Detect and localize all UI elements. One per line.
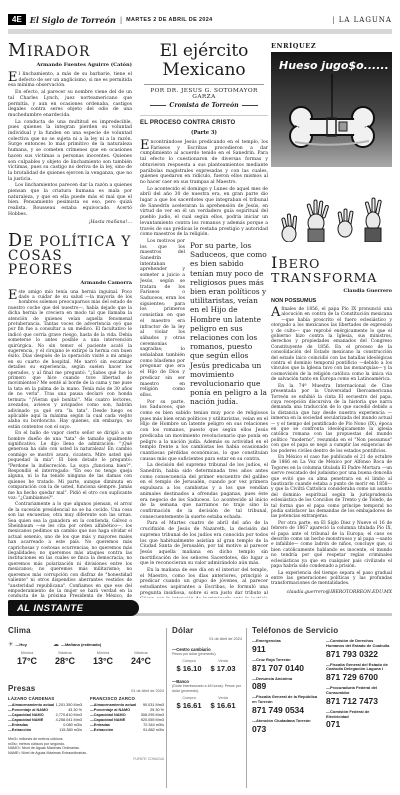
rule-right — [242, 105, 258, 106]
sun-icon: ☀ — [8, 641, 13, 648]
header-separator: | — [332, 16, 334, 24]
dams-section: Presas 01 de Abril de 2024 LÁZARO CÁRDEN… — [8, 684, 164, 761]
footer-divider — [246, 628, 247, 788]
article-paragraph: Para el Martes cuatro de abril del año d… — [140, 521, 268, 567]
article-paragraph: En la 74ª Muestra Internacional de Cine … — [271, 384, 392, 454]
phone-entry: —Comisión de Derechos Humanos del Estado… — [326, 639, 392, 659]
venta-cell: Venta $ 16.61 — [206, 696, 240, 710]
exchange-centro-cambiario: —Centro cambiario Pesos por dólar (prome… — [172, 647, 242, 673]
phone-entry: —Fiscalía General de la República en Tor… — [252, 695, 318, 715]
article-paragraph: Por su parte, los Saduceos, que como es … — [140, 400, 268, 463]
ejercito-part: (Parte 3) — [140, 130, 268, 136]
temp-tomorrow-min: Mínima 13°C — [84, 651, 122, 666]
compra-cell: Compra $ 16.10 — [172, 659, 206, 673]
author-email: claudia.guerrero@IBEROTORREON.EDU.MX — [271, 590, 392, 595]
ibero-byline: Claudia Guerrero — [271, 288, 392, 294]
politica-body: Este amigo mío tenía una hernia inguinal… — [8, 290, 132, 598]
newspaper-brand: El Siglo de Torreón — [30, 15, 116, 25]
article-paragraph: La conducta de una multitud es impredeci… — [8, 120, 132, 183]
article-paragraph: Los linchamientos parecen dar la razón a… — [8, 183, 132, 217]
al-instante-banner: AL INSTANTE — [8, 600, 139, 616]
hand-icon — [307, 200, 329, 242]
tomorrow-conditions: ☁ —Mañana (estimado) — [53, 641, 101, 648]
exchange-banco: —Banco (Dólar interbancario a 48 horas).… — [172, 679, 242, 710]
editorial-cartoon: Hueso jugo$o...... — [271, 52, 392, 242]
hand-icon — [282, 214, 297, 242]
ejercito-subhead: EL PROCESO CONTRA CRISTO — [140, 115, 268, 126]
mirador-title: MIRADOR — [8, 44, 132, 59]
article-paragraph: Este amigo mío tenía una hernia inguinal… — [8, 290, 132, 431]
article-paragraph: Por otra parte, en El Siglo Diez y Nueve… — [271, 521, 392, 570]
dam-lazaro-cardenas: LÁZARO CÁRDENAS —Almacenamiento actual1,… — [8, 696, 82, 733]
weather-section: Clima ☀ —Hoy ☁ —Mañana (estimado) Mínima… — [8, 626, 162, 666]
pull-quote: Por su parte, los Saduceos, que como es … — [190, 241, 268, 407]
column-ejercito: El ejército Mexicano POR DR. JESUS G. SO… — [140, 40, 268, 598]
phone-entry: —Comisión Federal de Electricidad 071 — [326, 710, 392, 730]
today-conditions: ☀ —Hoy — [8, 641, 27, 648]
phone-entry: —Emergencias 911 — [252, 639, 318, 654]
article-paragraph: Lo acontecido el domingo y Lunes de aque… — [140, 187, 268, 238]
article-paragraph: En el baño de vapor cierto señor se diri… — [8, 431, 132, 501]
temperature-row: Mínima 17°C Máxima 28°C Mínima 13°C Máxi… — [8, 651, 162, 666]
mirador-body: El linchamiento, a más de su barbarie, t… — [8, 72, 132, 225]
article-paragraph: Encontrándose Jesús predicando en el tem… — [140, 140, 268, 186]
column-mirador-politica: MIRADOR Armando Fuentes Aguirre (Catón) … — [8, 40, 132, 598]
dams-date: 01 de Abril de 2024 — [131, 689, 164, 693]
cartoon-caption: Hueso jugo$o...... — [279, 59, 389, 72]
weather-title: Clima — [8, 626, 162, 635]
dams-source: FUENTE: CONAGUA — [8, 757, 164, 761]
dollar-title: Dólar — [172, 626, 242, 635]
phones-title: Teléfonos de Servicio — [252, 626, 392, 635]
dam-francisco-zarco: FRANCISCO ZARCO —Almacenamiento actual90… — [90, 696, 164, 733]
phone-entry: —Fiscalía General del Estado de Coahuila… — [326, 663, 392, 683]
cloud-icon: ☁ — [53, 641, 59, 648]
ejercito-title: El ejército Mexicano — [140, 42, 268, 79]
ibero-title: IBERO TRANSFORMA — [271, 256, 392, 285]
article-paragraph: La experiencia del tiempo separa el paso… — [271, 571, 392, 587]
compra-cell: Compra $ 16.61 — [172, 696, 206, 710]
edition-date: MARTES 2 DE ABRIL DE 2024 — [126, 17, 212, 23]
temp-today-min: Mínima 17°C — [8, 651, 46, 666]
mirador-signoff: ¡Hasta mañana!... — [8, 220, 132, 225]
newspaper-page: 4E El Siglo de Torreón | MARTES 2 DE ABR… — [0, 0, 400, 795]
ejercito-role: Cronista de Torreón — [150, 102, 258, 109]
phone-entry: —Denuncia Anónima 089 — [252, 677, 318, 692]
hand-icon — [365, 198, 381, 242]
reaching-hands — [282, 198, 382, 242]
column-cartoon-ibero: ENRÍQUEZ Hueso jugo$o...... — [271, 40, 392, 598]
venta-cell: Venta $ 17.03 — [206, 659, 240, 673]
dams-footnotes: Mm3= millones de metros cúbicos. m3/s= m… — [8, 737, 164, 755]
phone-entry: —Atención Ciudadana Torreón 073 — [252, 719, 318, 734]
header-separator: | — [120, 16, 122, 24]
service-phones-section: Teléfonos de Servicio —Emergencias 911 —… — [252, 626, 392, 738]
mirador-byline: Armando Fuentes Aguirre (Catón) — [8, 62, 132, 68]
phone-entry: —Procuraduría Federal del Consumidor 871… — [326, 686, 392, 706]
hand-icon — [338, 209, 353, 237]
article-paragraph: En la mañana de ese día en el interior d… — [140, 568, 268, 598]
politica-title: DE POLÍTICA Y COSAS PEORES — [8, 234, 132, 277]
footer-divider — [166, 628, 167, 788]
article-paragraph: A finales de 1856, el papa Pío IX pronun… — [271, 307, 392, 383]
article-paragraph: El linchamiento, a más de su barbarie, t… — [8, 72, 132, 89]
ejercito-body: Encontrándose Jesús predicando en el tem… — [140, 140, 268, 598]
article-paragraph: En efecto, al parecer su nombre viene de… — [8, 90, 132, 119]
temp-tomorrow-max: Máxima 24°C — [122, 651, 160, 666]
cartoonist-name: ENRÍQUEZ — [271, 42, 392, 50]
dams-title: Presas — [8, 684, 35, 693]
header-rule — [8, 29, 392, 34]
article-paragraph: Contrariamente a lo que algunos piensan,… — [8, 502, 132, 598]
phones-column-1: —Emergencias 911 —Cruz Roja Torreón 871 … — [252, 639, 318, 738]
page-number-badge: 4E — [8, 14, 26, 25]
ibero-body: A finales de 1856, el papa Pío IX pronun… — [271, 307, 392, 595]
dollar-date: 01 de Abril de 2024 — [172, 637, 242, 641]
dollar-section: Dólar 01 de Abril de 2024 —Centro cambia… — [172, 626, 242, 710]
page-header: 4E El Siglo de Torreón | MARTES 2 DE ABR… — [8, 14, 392, 25]
phones-column-2: —Comisión de Derechos Humanos del Estado… — [326, 639, 392, 738]
rule-left — [150, 105, 166, 106]
ibero-subhead: NON POSSUMUS — [271, 298, 392, 304]
article-paragraph: En México el caso fue publicado el 21 de… — [271, 455, 392, 520]
ejercito-byline: POR DR. JESUS G. SOTOMAYOR GARZA — [144, 84, 264, 100]
article-paragraph: La decisión del supremo tribunal de los … — [140, 463, 268, 520]
temp-today-max: Máxima 28°C — [46, 651, 84, 666]
section-name: LA LAGUNA — [339, 16, 392, 24]
politica-byline: Armando Camorra — [8, 280, 132, 286]
phone-entry: —Cruz Roja Torreón 871 707 0140 — [252, 658, 318, 673]
